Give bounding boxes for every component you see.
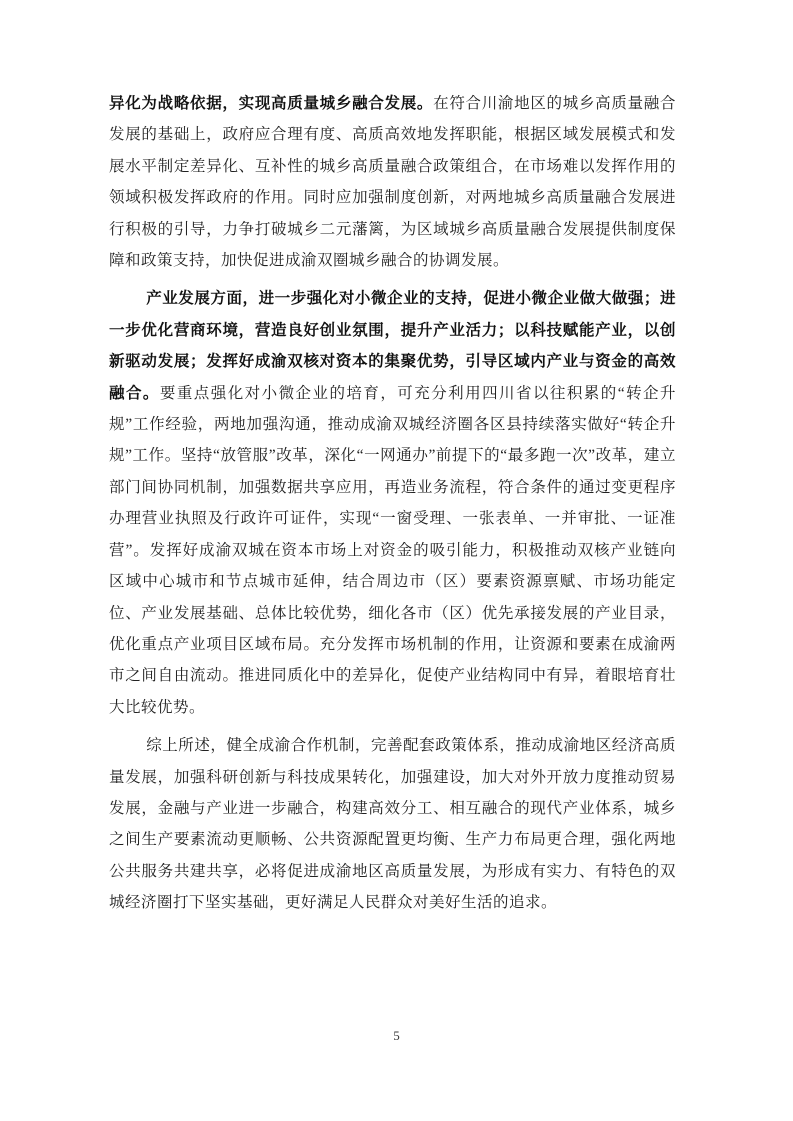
paragraph-2: 产业发展方面，进一步强化对小微企业的支持，促进小微企业做大做强；进一步优化营商环… xyxy=(109,283,676,723)
document-page: 异化为战略依据，实现高质量城乡融合发展。在符合川渝地区的城乡高质量融合发展的基础… xyxy=(0,0,793,1121)
paragraph-2-text: 要重点强化对小微企业的培育，可充分利用四川省以往积累的“转企升规”工作经验，两地… xyxy=(109,385,676,716)
paragraph-3: 综上所述，健全成渝合作机制，完善配套政策体系，推动成渝地区经济高质量发展，加强科… xyxy=(109,730,676,918)
paragraph-3-text: 综上所述，健全成渝合作机制，完善配套政策体系，推动成渝地区经济高质量发展，加强科… xyxy=(109,737,676,911)
paragraph-1: 异化为战略依据，实现高质量城乡融合发展。在符合川渝地区的城乡高质量融合发展的基础… xyxy=(109,88,676,276)
page-content: 异化为战略依据，实现高质量城乡融合发展。在符合川渝地区的城乡高质量融合发展的基础… xyxy=(109,88,676,926)
page-number: 5 xyxy=(0,1028,793,1044)
paragraph-1-bold-lead: 异化为战略依据，实现高质量城乡融合发展。 xyxy=(109,95,433,112)
paragraph-1-text: 在符合川渝地区的城乡高质量融合发展的基础上，政府应合理有度、高质高效地发挥职能，… xyxy=(109,95,676,269)
